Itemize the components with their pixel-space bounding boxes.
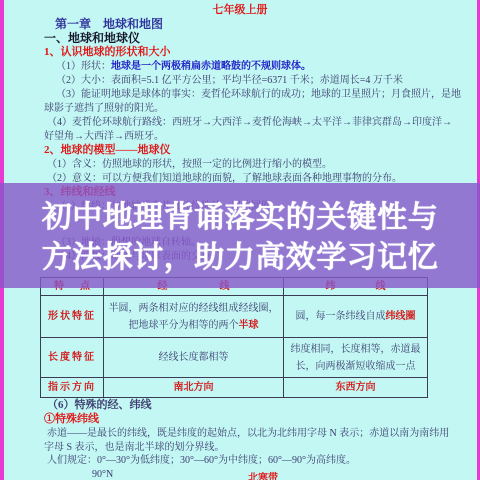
route-line-1: （4）麦哲伦环球航行路线：西班牙→大西洋→麦哲伦海峡→太平洋→菲律宾群岛→印度洋… bbox=[47, 116, 446, 130]
diagram-zone-label: 北寒带 bbox=[248, 469, 278, 480]
meridian-parallel-table: 特点 经线 纬线 形状特征 半圆，两条相对应的经线组成经线圈，把地球平分为相等的… bbox=[40, 277, 428, 398]
topic2-title: 2、地球的模型——地球仪 bbox=[44, 144, 446, 158]
title-banner-overlay: 初中地理背诵落实的关键性与 方法探讨，助力高效学习记忆 bbox=[0, 183, 480, 288]
table-cell-shape-meridian: 半圆，两条相对应的经线组成经线圈，把地球平分为相等的两个半球 bbox=[104, 296, 284, 338]
route-line-2: 好望角→大西洋→西班牙。 bbox=[44, 130, 446, 144]
table-row-label-shape: 形状特征 bbox=[41, 296, 104, 338]
latitude-rule-line: 人们规定：0°—30°为低纬度；30°—60°为中纬度；60°—90°为高纬度。 bbox=[47, 454, 446, 468]
special-parallels-subheader: ①特殊纬线 bbox=[44, 413, 446, 427]
table-row-label-length: 长度特征 bbox=[41, 338, 104, 378]
section-title: 一、地球和地球仪 bbox=[44, 32, 446, 46]
chapter-title: 第一章 地球和地图 bbox=[55, 18, 446, 32]
diagram-latitude-label: 90°N bbox=[92, 469, 113, 480]
table-cell-direction-parallel: 东西方向 bbox=[284, 378, 427, 397]
table-cell-length-meridian: 经线长度都相等 bbox=[104, 338, 284, 378]
size-line: （2）大小：表面积=5.1 亿平方公里；平均半径=6371 千米；赤道周长=4 … bbox=[56, 74, 446, 88]
special-lines-header: （6）特殊的经、纬线 bbox=[47, 399, 446, 413]
shape-line: （1）形状：地球是一个两极稍扁赤道略鼓的不规则球体。 bbox=[56, 60, 446, 74]
document-page: 七年级上册 第一章 地球和地图 一、地球和地球仪 1、认识地球的形状和大小 （1… bbox=[0, 0, 480, 480]
topic1-title: 1、认识地球的形状和大小 bbox=[44, 46, 446, 60]
table-row-label-direction: 指示方向 bbox=[41, 378, 104, 397]
banner-title-line-1: 初中地理背诵落实的关键性与 bbox=[0, 200, 480, 236]
equator-line-1: 赤道——是最长的纬线，既是纬度的起始点，以北为北纬用字母 N 表示；赤道以南为南… bbox=[47, 427, 446, 441]
proof-line-2: 球影子遮挡了照射的阳光。 bbox=[44, 102, 446, 116]
shape-emphasis: 地球是一个两极稍扁赤道略鼓的不规则球体。 bbox=[111, 61, 311, 72]
table-cell-shape-parallel: 圆，每一条纬线自成纬线圈 bbox=[284, 296, 427, 338]
proof-line-1: （3）能证明地球是球体的事实：麦哲伦环球航行的成功；地球的卫星照片；月食照片，是… bbox=[56, 88, 446, 102]
table-cell-length-parallel: 纬度相同，长度相等，赤道最长，向两极渐短收缩成一点 bbox=[284, 338, 427, 378]
table-cell-direction-meridian: 南北方向 bbox=[104, 378, 284, 397]
shape-prefix: （1）形状： bbox=[56, 61, 111, 72]
banner-title-line-2: 方法探讨，助力高效学习记忆 bbox=[0, 240, 480, 276]
grade-label: 七年级上册 bbox=[0, 4, 480, 18]
model-definition: （1）含义：仿照地球的形状，按照一定的比例进行缩小的模型。 bbox=[47, 158, 446, 172]
equator-line-2: 字母 S 表示，也是南北半球的划分界线。 bbox=[44, 441, 446, 455]
